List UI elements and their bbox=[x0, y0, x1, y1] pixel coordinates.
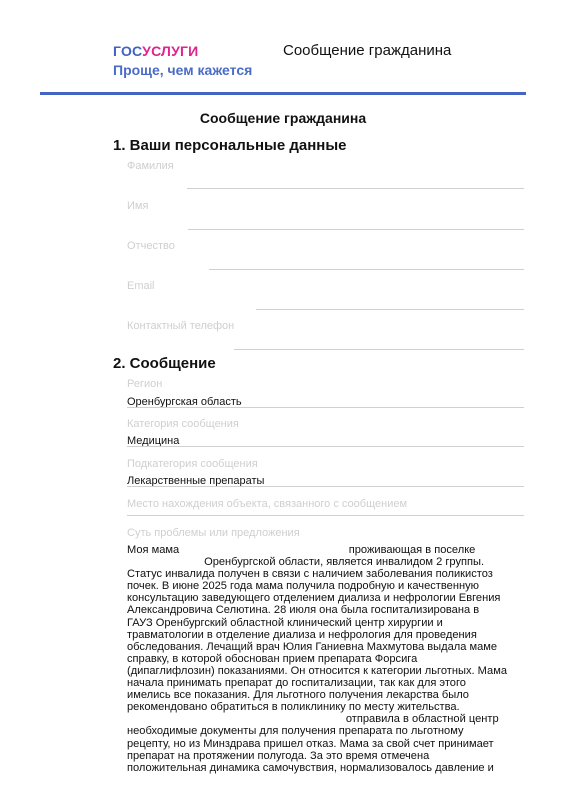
field-label-phone: Контактный телефон bbox=[127, 320, 234, 332]
field-label-category: Категория сообщения bbox=[127, 418, 239, 430]
message-line: начала принимать препарат до госпитализа… bbox=[127, 677, 524, 689]
message-line: отправила в областной центр bbox=[127, 713, 524, 725]
field-label-patronymic: Отчество bbox=[127, 240, 175, 252]
message-line: положительная динамика самочувствия, нор… bbox=[127, 762, 524, 774]
logo-part-uslugi: УСЛУГИ bbox=[142, 43, 198, 59]
field-line-name bbox=[188, 229, 524, 230]
gosuslugi-logo: ГОСУСЛУГИ bbox=[113, 43, 198, 59]
message-line: необходимые документы для получения преп… bbox=[127, 725, 524, 737]
field-label-surname: Фамилия bbox=[127, 160, 174, 172]
message-line: почек. В июне 2025 года мама получила по… bbox=[127, 580, 524, 592]
field-line-region bbox=[127, 407, 524, 408]
message-line: травматологии в отделение диализа и нефр… bbox=[127, 629, 524, 641]
header-divider bbox=[40, 92, 526, 95]
field-label-email: Email bbox=[127, 280, 155, 292]
field-label-name: Имя bbox=[127, 200, 148, 212]
message-line: рекомендовано обратиться в поликлинику п… bbox=[127, 701, 524, 713]
message-line: справку, в которой обоснован прием препа… bbox=[127, 653, 524, 665]
field-line-category bbox=[127, 446, 524, 447]
section-heading-message: 2. Сообщение bbox=[113, 355, 216, 372]
field-label-problem-description: Суть проблемы или предложения bbox=[127, 527, 300, 539]
message-line: рецепту, но из Минздрава пришел отказ. М… bbox=[127, 738, 524, 750]
field-label-subcategory: Подкатегория сообщения bbox=[127, 458, 258, 470]
logo-part-gos: ГОС bbox=[113, 43, 142, 59]
field-line-surname bbox=[187, 188, 524, 189]
message-line: имелись все показания. Для льготного пол… bbox=[127, 689, 524, 701]
message-line: ГАУЗ Оренбургский областной клинический … bbox=[127, 617, 524, 629]
field-label-location: Место нахождения объекта, связанного с с… bbox=[127, 498, 407, 510]
message-line: обследования. Лечащий врач Юлия Ганиевна… bbox=[127, 641, 524, 653]
field-line-subcategory bbox=[127, 486, 524, 487]
field-line-phone bbox=[234, 349, 524, 350]
message-line: Моя мама проживающая в поселке bbox=[127, 544, 524, 556]
message-line: Оренбургской области, является инвалидом… bbox=[127, 556, 524, 568]
message-line: препарат на протяжении полугода. За это … bbox=[127, 750, 524, 762]
message-line: (дипаглифлозин) показаниями. Он относитс… bbox=[127, 665, 524, 677]
message-line: консультацию заведующего отделением диал… bbox=[127, 592, 524, 604]
logo-tagline: Проще, чем кажется bbox=[113, 62, 252, 78]
field-line-patronymic bbox=[209, 269, 524, 270]
header-title: Сообщение гражданина bbox=[283, 42, 451, 59]
message-line: Статус инвалида получен в связи с наличи… bbox=[127, 568, 524, 580]
section-heading-personal-data: 1. Ваши персональные данные bbox=[113, 137, 346, 154]
field-line-location bbox=[127, 515, 524, 516]
field-label-region: Регион bbox=[127, 378, 162, 390]
document-title: Сообщение гражданина bbox=[0, 110, 566, 126]
message-body-text: Моя мама проживающая в поселке Оренбургс… bbox=[127, 544, 524, 774]
field-line-email bbox=[256, 309, 524, 310]
message-line: Александровича Селютина. 28 июля она был… bbox=[127, 604, 524, 616]
